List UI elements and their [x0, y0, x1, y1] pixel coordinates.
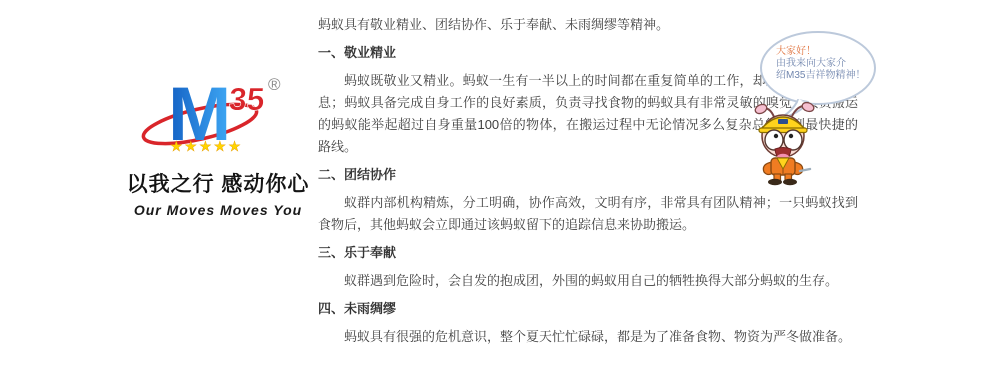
bubble-line-1: 大家好！	[776, 46, 872, 58]
speech-bubble-text: 大家好！ 由我来向大家介 绍M35吉祥物精神！	[776, 46, 872, 82]
section-heading-3: 三、乐于奉献	[318, 244, 858, 262]
section-body-2: 蚁群内部机构精炼，分工明确，协作高效，文明有序，非常具有团队精神；一只蚂蚁找到食…	[318, 192, 858, 236]
logo-tagline-cn: 以我之行 感动你心	[126, 168, 310, 198]
section-body-4: 蚂蚁具有很强的危机意识，整个夏天忙忙碌碌，都是为了准备食物、物资为严冬做准备。	[318, 326, 858, 348]
ant-mascot-illustration	[750, 100, 828, 186]
bubble-line-2: 由我来向大家介	[776, 58, 872, 70]
bubble-line-3: 绍M35吉祥物精神！	[776, 70, 872, 82]
logo-number-35: 35	[228, 81, 266, 117]
section-body-3: 蚁群遇到危险时，会自发的抱成团，外围的蚂蚁用自己的牺牲换得大部分蚂蚁的生存。	[318, 270, 858, 292]
registered-trademark-icon: ®	[268, 75, 281, 94]
m35-logo-mark: M 35 ® ★★★★★	[126, 56, 310, 158]
logo-stars: ★★★★★	[170, 138, 243, 154]
m35-logo[interactable]: M 35 ® ★★★★★ 以我之行 感动你心 Our Moves Moves Y…	[126, 56, 310, 218]
section-heading-4: 四、未雨绸缪	[318, 300, 858, 318]
logo-tagline-en: Our Moves Moves You	[126, 202, 310, 218]
